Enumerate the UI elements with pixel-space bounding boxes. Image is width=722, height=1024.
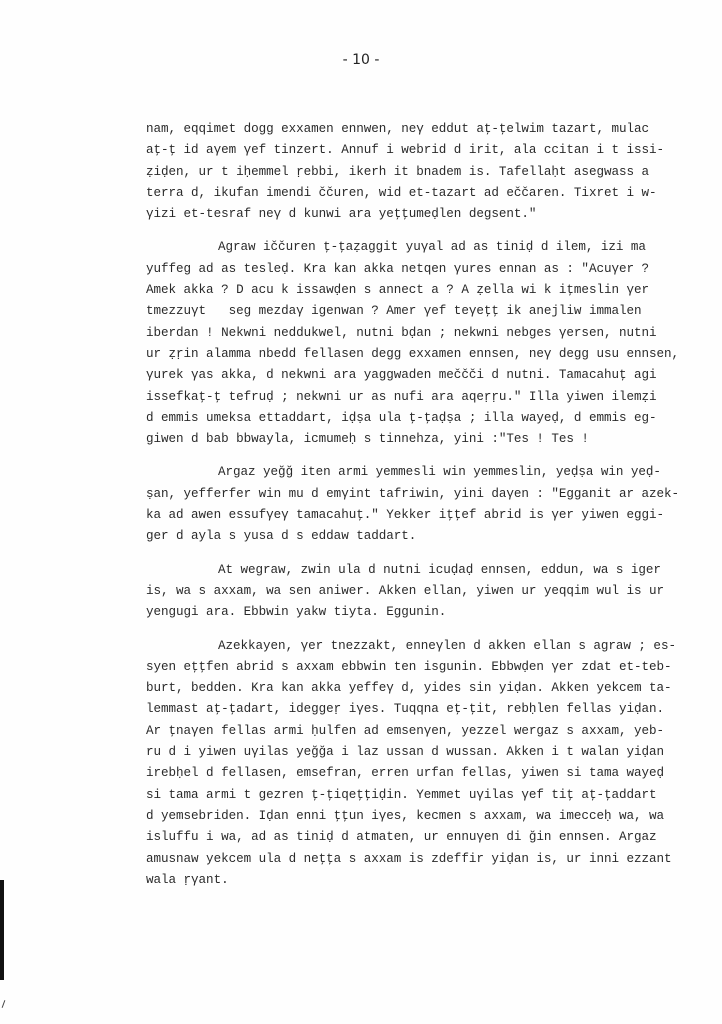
paragraph: Argaz yeğğ iten armi yemmesli win yemmes… (146, 462, 626, 547)
text-line: d emmis umeksa ettaddart, iḍṣa ula ţ-ţaḍ… (146, 408, 626, 429)
text-line: isluffu i wa, ad as tiniḍ d atmaten, ur … (146, 827, 626, 848)
text-line: γurek γas akka, d nekwni ara yaggwaden m… (146, 365, 626, 386)
text-line: giwen d bab bbwayla, icmumeḥ s tinnehza,… (146, 429, 626, 450)
text-line: issefkaţ-ţ tefruḍ ; nekwni ur as nufi ar… (146, 387, 626, 408)
paragraph: nam, eqqimet dogg exxamen ennwen, neγ ed… (146, 119, 626, 225)
text-line: irebḥel d fellasen, emsefran, erren urfa… (146, 763, 626, 784)
text-line: d yemsebriden. Iḍan enni ţţun iγes, kecm… (146, 806, 626, 827)
text-line: burt, bedden. Kra kan akka yeffeγ d, yid… (146, 678, 626, 699)
text-line: Amek akka ? D acu k issawḍen s annect a … (146, 280, 626, 301)
text-line: ur ẓṛin alamma nbedd fellasen degg exxam… (146, 344, 626, 365)
text-line: Agraw iččuren ţ-ţaẓaggit yuγal ad as tin… (146, 237, 626, 258)
scan-edge-artifact (0, 880, 4, 980)
text-line: si tama armi t gezren ţ-ţiqeţţiḍin. Yemm… (146, 785, 626, 806)
paragraph: At wegraw, zwin ula d nutni icuḍaḍ ennse… (146, 560, 626, 624)
document-body: nam, eqqimet dogg exxamen ennwen, neγ ed… (146, 119, 626, 903)
text-line: tmezzuγt seg mezdaγ igenwan ? Amer γef t… (146, 301, 626, 322)
text-line: γizi et-tesraf neγ d kunwi ara yeţţumeḍl… (146, 204, 626, 225)
text-line: ṣan, yefferfer win mu d emγint tafriwin,… (146, 484, 626, 505)
text-line: amusnaw yekcem ula d neţţa s axxam is zd… (146, 849, 626, 870)
text-line: Argaz yeğğ iten armi yemmesli win yemmes… (146, 462, 626, 483)
text-line: syen eţţfen abrid s axxam ebbwin ten isg… (146, 657, 626, 678)
text-line: yuffeg ad as tesleḍ. Kra kan akka netqen… (146, 259, 626, 280)
paragraph: Azekkayen, γer tnezzakt, enneγlen d akke… (146, 636, 626, 892)
text-line: iberdan ! Nekwni neddukwel, nutni bḍan ;… (146, 323, 626, 344)
scan-mark-artifact (2, 1000, 6, 1008)
text-line: ger d ayla s yusa d s eddaw taddart. (146, 526, 626, 547)
text-line: is, wa s axxam, wa sen aniwer. Akken ell… (146, 581, 626, 602)
text-line: ẓiḍen, ur t iḥemmel ṛebbi, ikerh it bnad… (146, 162, 626, 183)
text-line: Ar ţnaγen fellas armi ḥulfen ad emsenγen… (146, 721, 626, 742)
text-line: lemmast aţ-ţadart, ideggeṛ iγes. Tuqqna … (146, 699, 626, 720)
text-line: ka ad awen essufγeγ tamacahuţ." Yekker i… (146, 505, 626, 526)
text-line: yengugi ara. Ebbwin yakw tiyta. Eggunin. (146, 602, 626, 623)
text-line: nam, eqqimet dogg exxamen ennwen, neγ ed… (146, 119, 626, 140)
page-number: - 10 - (0, 52, 722, 68)
text-line: wala ṛγant. (146, 870, 626, 891)
text-line: terra d, ikufan imendi ččuren, wid et-ta… (146, 183, 626, 204)
text-line: aţ-ţ id aγem γef tinzert. Annuf i webrid… (146, 140, 626, 161)
text-line: At wegraw, zwin ula d nutni icuḍaḍ ennse… (146, 560, 626, 581)
text-line: ru d i yiwen uγilas yeğğa i laz ussan d … (146, 742, 626, 763)
text-line: Azekkayen, γer tnezzakt, enneγlen d akke… (146, 636, 626, 657)
paragraph: Agraw iččuren ţ-ţaẓaggit yuγal ad as tin… (146, 237, 626, 450)
